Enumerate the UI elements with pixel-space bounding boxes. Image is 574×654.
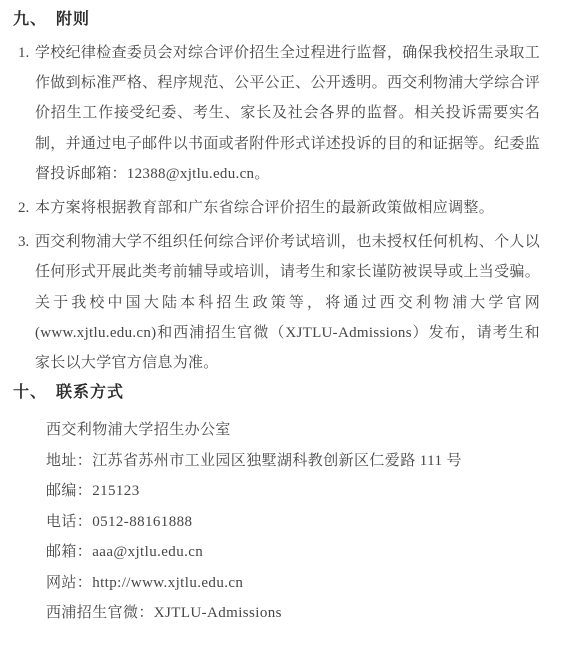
list-item: 3. 西交利物浦大学不组织任何综合评价考试培训，也未授权任何机构、个人以任何形式… <box>13 227 540 378</box>
section-9-heading: 九、 附则 <box>13 9 540 31</box>
email-line: 邮箱：aaa@xjtlu.edu.cn <box>46 537 540 568</box>
list-item-text: 西交利物浦大学不组织任何综合评价考试培训，也未授权任何机构、个人以任何形式开展此… <box>35 227 540 378</box>
list-item-text: 学校纪律检查委员会对综合评价招生全过程进行监督，确保我校招生录取工作做到标准严格… <box>35 38 540 189</box>
website-line: 网站：http://www.xjtlu.edu.cn <box>46 568 540 599</box>
list-item: 2. 本方案将根据教育部和广东省综合评价招生的最新政策做相应调整。 <box>13 193 540 223</box>
document-page: 九、 附则 1. 学校纪律检查委员会对综合评价招生全过程进行监督，确保我校招生录… <box>0 0 574 654</box>
list-item: 1. 学校纪律检查委员会对综合评价招生全过程进行监督，确保我校招生录取工作做到标… <box>13 38 540 189</box>
list-item-marker: 2. <box>18 193 29 223</box>
phone-line: 电话：0512-88161888 <box>46 507 540 538</box>
section-10-title: 联系方式 <box>56 382 124 404</box>
list-item-text: 本方案将根据教育部和广东省综合评价招生的最新政策做相应调整。 <box>35 193 540 223</box>
list-item-marker: 1. <box>18 38 29 68</box>
contact-info: 西交利物浦大学招生办公室 地址：江苏省苏州市工业园区独墅湖科教创新区仁爱路 11… <box>46 415 540 629</box>
section-10-heading: 十、 联系方式 <box>13 382 540 404</box>
section-9-title: 附则 <box>56 9 90 31</box>
section-9-list: 1. 学校纪律检查委员会对综合评价招生全过程进行监督，确保我校招生录取工作做到标… <box>13 38 540 378</box>
section-10-number: 十、 <box>13 382 47 404</box>
office-name-line: 西交利物浦大学招生办公室 <box>46 415 540 446</box>
address-line: 地址：江苏省苏州市工业园区独墅湖科教创新区仁爱路 111 号 <box>46 446 540 477</box>
wechat-line: 西浦招生官微：XJTLU-Admissions <box>46 598 540 629</box>
postcode-line: 邮编：215123 <box>46 476 540 507</box>
list-item-marker: 3. <box>18 227 29 257</box>
section-9-number: 九、 <box>13 9 47 31</box>
